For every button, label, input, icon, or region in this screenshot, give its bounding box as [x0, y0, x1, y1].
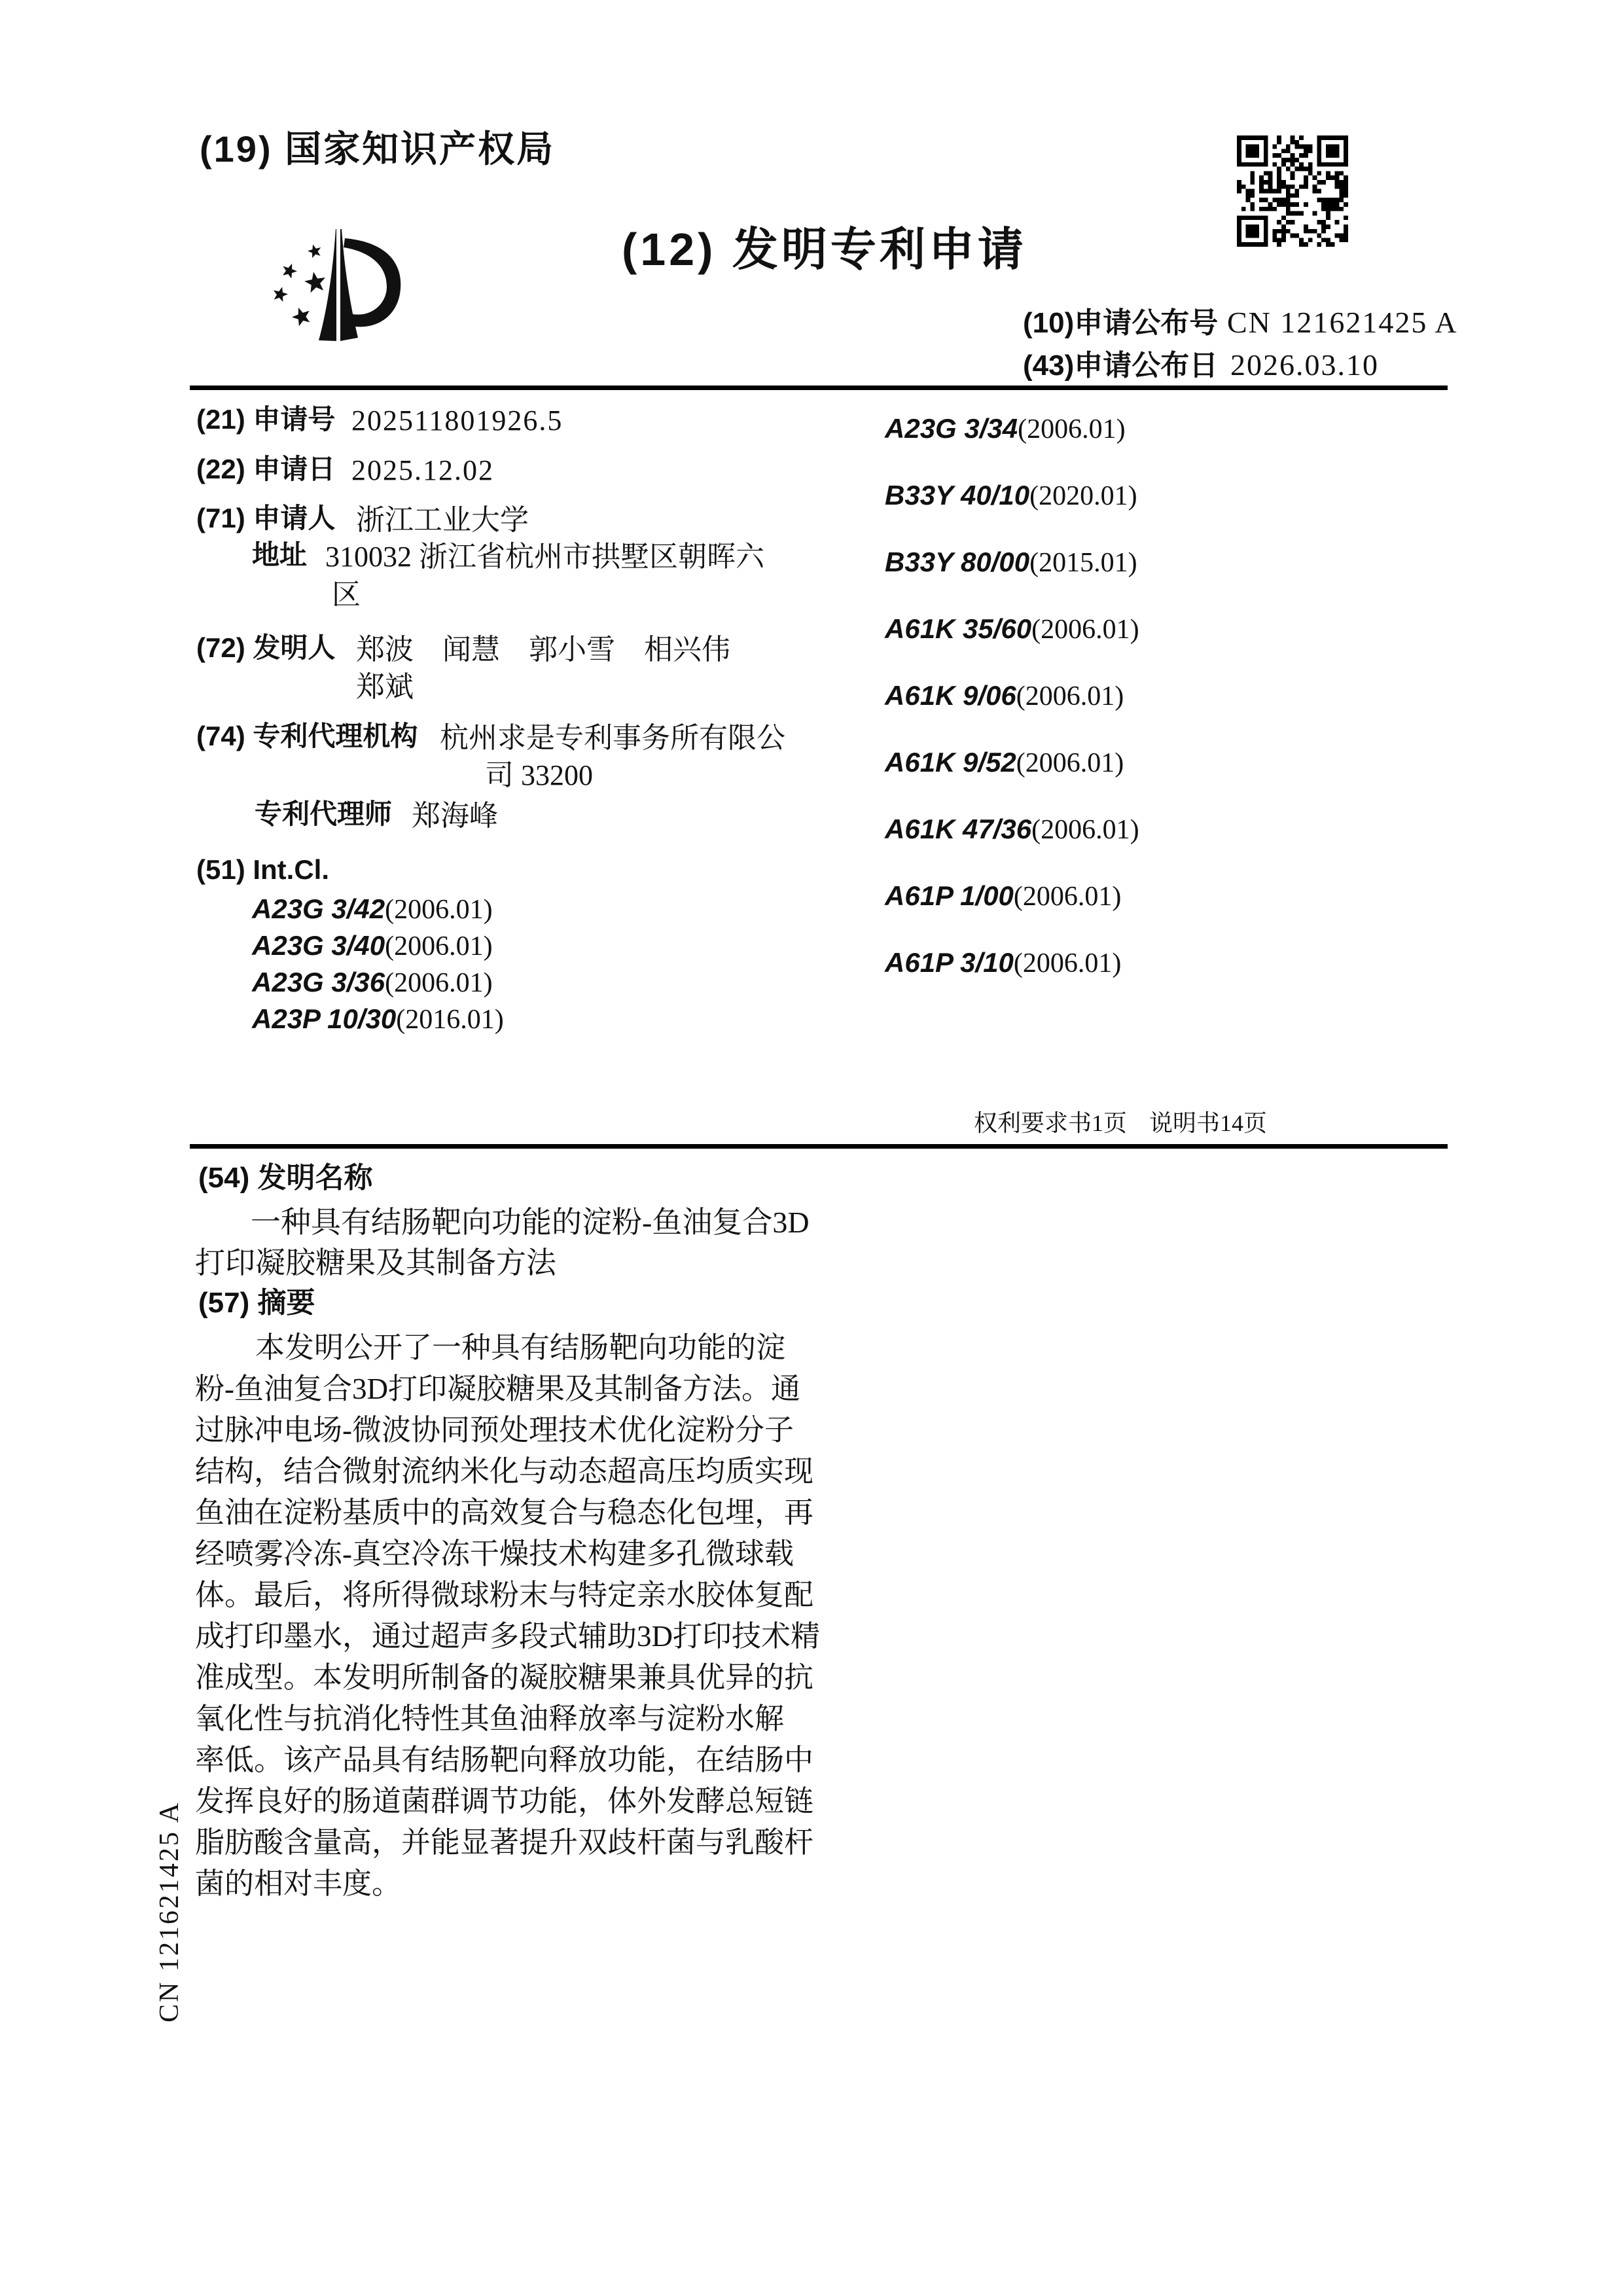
abstract-line: 菌的相对丰度。: [195, 1869, 401, 1899]
abstract-line: 本发明公开了一种具有结肠靶向功能的淀: [255, 1333, 785, 1363]
ipc-code-row: A23G 3/40(2006.01): [252, 932, 493, 960]
ipc-code-row: A61K 9/52(2006.01): [885, 749, 1124, 777]
pub-date-value: 2026.03.10: [1230, 350, 1379, 380]
applicant-label: (71) 申请人: [196, 505, 335, 532]
address-value-continuation: 区: [332, 581, 361, 609]
ipc-code: A23G 3/40: [252, 930, 385, 961]
ipc-version: (2006.01): [385, 895, 492, 925]
application-number-value: 202511801926.5: [351, 406, 563, 435]
agency-value: 杭州求是专利事务所有限公: [440, 724, 785, 753]
ipc-code-row: A61K 35/60(2006.01): [885, 615, 1139, 643]
abstract-line: 结构，结合微射流纳米化与动态超高压均质实现: [195, 1457, 813, 1486]
ipc-code: B33Y 40/10: [885, 480, 1029, 511]
ipc-code-row: B33Y 80/00(2015.01): [885, 548, 1137, 577]
ipc-code-row: A23G 3/34(2006.01): [885, 415, 1126, 443]
inventors-value-continuation: 郑斌: [356, 673, 414, 702]
abstract-line: 脂肪酸含量高，并能显著提升双歧杆菌与乳酸杆: [195, 1828, 813, 1857]
ipc-code: A23P 10/30: [252, 1003, 396, 1034]
ipc-code: A61K 9/06: [885, 680, 1016, 711]
logo-spike-left: [319, 229, 336, 341]
invention-title-line2: 打印凝胶糖果及其制备方法: [195, 1248, 556, 1278]
ipc-code-row: B33Y 40/10(2020.01): [885, 482, 1137, 510]
ipc-code-row: A23G 3/42(2006.01): [252, 895, 493, 924]
ipc-code: A23G 3/34: [885, 413, 1018, 444]
invention-title-line1: 一种具有结肠靶向功能的淀粉-鱼油复合3D: [251, 1208, 810, 1238]
applicant-value: 浙江工业大学: [356, 506, 529, 535]
pub-date-label: (43)申请公布日: [1023, 351, 1218, 380]
pub-number-value: CN 121621425 A: [1227, 308, 1458, 338]
abstract-line: 过脉冲电场-微波协同预处理技术优化淀粉分子: [195, 1416, 794, 1445]
qr-code-icon: [1237, 135, 1348, 247]
ipc-version: (2006.01): [1014, 948, 1121, 978]
ipc-code-row: A61K 47/36(2006.01): [885, 816, 1139, 844]
ipc-code-row: A61K 9/06(2006.01): [885, 682, 1124, 710]
abstract-line: 经喷雾冷冻-真空冷冻干燥技术构建多孔微球载: [195, 1539, 794, 1569]
invention-title-label: (54) 发明名称: [198, 1164, 372, 1193]
ipc-code-row: A23G 3/36(2006.01): [252, 969, 493, 997]
ipc-version: (2006.01): [1014, 882, 1121, 912]
office-header: (19) 国家知识产权局: [200, 131, 555, 168]
abstract-line: 鱼油在淀粉基质中的高效复合与稳态化包埋，再: [195, 1498, 813, 1528]
inventors-label: (72) 发明人: [196, 634, 335, 662]
ipc-code: A23G 3/36: [252, 967, 385, 997]
address-value: 310032 浙江省杭州市拱墅区朝晖六: [325, 543, 764, 571]
abstract-line: 发挥良好的肠道菌群调节功能，体外发酵总短链: [195, 1787, 813, 1816]
agent-label: 专利代理师: [255, 800, 392, 828]
description-page-count: 说明书14页: [1149, 1110, 1267, 1136]
ipc-version: (2015.01): [1029, 548, 1137, 578]
application-date-label: (22) 申请日: [196, 456, 335, 483]
logo-stars: [274, 244, 325, 326]
agent-value: 郑海峰: [412, 802, 498, 831]
ipc-code: A61K 9/52: [885, 747, 1016, 778]
abstract-line: 氧化性与抗消化特性其鱼油释放率与淀粉水解: [195, 1704, 784, 1734]
claims-page-count: 权利要求书1页: [974, 1110, 1127, 1136]
abstract-line: 体。最后，将所得微球粉末与特定亲水胶体复配: [195, 1581, 813, 1610]
page-counts: 权利要求书1页说明书14页: [974, 1111, 1267, 1135]
ipc-version: (2006.01): [1031, 815, 1139, 845]
ipc-version: (2006.01): [1016, 681, 1124, 711]
abstract-line: 率低。该产品具有结肠靶向释放功能，在结肠中: [195, 1746, 813, 1775]
ipc-version: (2006.01): [385, 931, 492, 961]
ipc-version: (2006.01): [1016, 748, 1124, 778]
patent-front-page: { "colors": { "ink": "#111111", "paper":…: [0, 0, 1623, 2296]
application-date-value: 2025.12.02: [351, 456, 494, 485]
abstract-label: (57) 摘要: [198, 1289, 315, 1318]
ipc-code: A61K 35/60: [885, 613, 1031, 644]
abstract-line: 粉-鱼油复合3D打印凝胶糖果及其制备方法。通: [195, 1374, 800, 1404]
ipc-code: A61K 47/36: [885, 814, 1031, 844]
horizontal-rule-middle: [190, 1144, 1448, 1149]
ipc-code: A61P 1/00: [885, 880, 1014, 911]
ipc-version: (2016.01): [396, 1005, 503, 1035]
agency-label: (74) 专利代理机构: [196, 723, 418, 750]
inventors-value: 郑波 闻慧 郭小雪 相兴伟: [356, 636, 730, 664]
horizontal-rule-top: [190, 386, 1448, 390]
address-label: 地址: [252, 541, 307, 569]
int-cl-label: (51) Int.Cl.: [196, 856, 329, 884]
ipc-code: A61P 3/10: [885, 947, 1014, 978]
vertical-pub-number: CN 121621425 A: [156, 1801, 183, 2022]
ipc-code: B33Y 80/00: [885, 547, 1029, 577]
ipc-code: A23G 3/42: [252, 893, 385, 924]
ipc-code-row: A61P 1/00(2006.01): [885, 882, 1121, 910]
ipc-code-row: A61P 3/10(2006.01): [885, 949, 1121, 977]
ipc-version: (2006.01): [1031, 615, 1139, 645]
ipc-version: (2006.01): [385, 968, 492, 998]
ipc-version: (2006.01): [1018, 414, 1125, 444]
document-type-title: (12) 发明专利申请: [622, 226, 1027, 272]
abstract-line: 成打印墨水，通过超声多段式辅助3D打印技术精: [195, 1622, 820, 1651]
ipc-code-row: A23P 10/30(2016.01): [252, 1005, 504, 1033]
ipc-version: (2020.01): [1029, 481, 1137, 511]
application-number-label: (21) 申请号: [196, 406, 335, 433]
abstract-line: 准成型。本发明所制备的凝胶糖果兼具优异的抗: [195, 1663, 813, 1693]
pub-number-label: (10)申请公布号: [1023, 309, 1218, 338]
cnipa-logo-icon: [272, 225, 419, 344]
agency-value-continuation: 司 33200: [485, 761, 593, 790]
